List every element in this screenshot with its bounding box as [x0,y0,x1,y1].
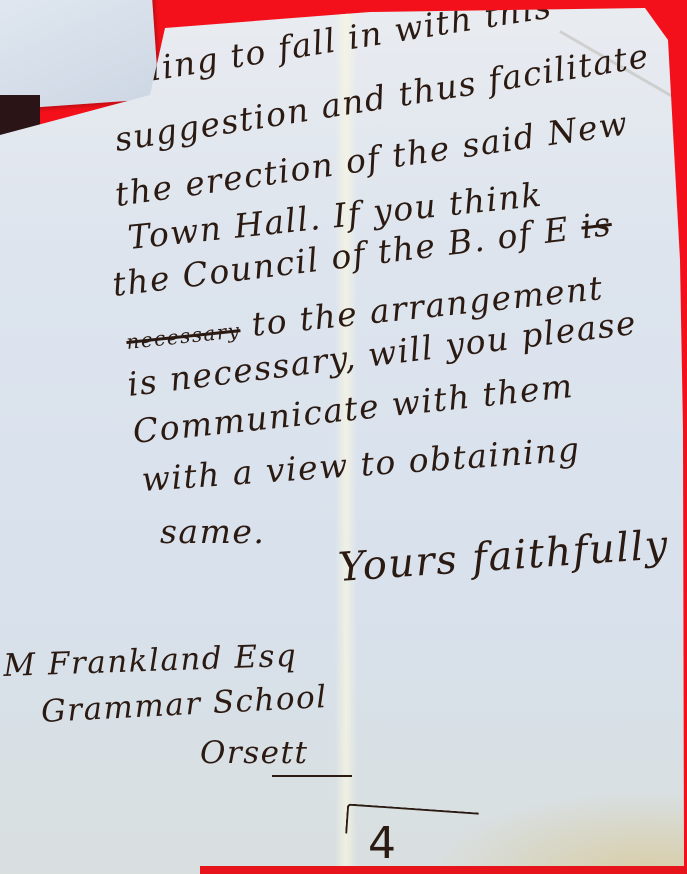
closing-signature: Yours faithfully [337,522,671,591]
addressee-town: Orsett [200,735,308,771]
page-number: 4 [368,818,396,869]
background-edge [200,866,687,874]
letter-line-10: same. [160,512,265,551]
struck-word: is [579,204,614,246]
struck-word: necessary [125,318,241,354]
addressee-underline [272,775,352,777]
addressee-school: Grammar School [40,679,328,730]
letter-page: quite willing to fall in with this sugge… [0,0,687,874]
center-fold-crease [335,0,357,874]
addressee-name: M Frankland Esq [3,638,298,684]
